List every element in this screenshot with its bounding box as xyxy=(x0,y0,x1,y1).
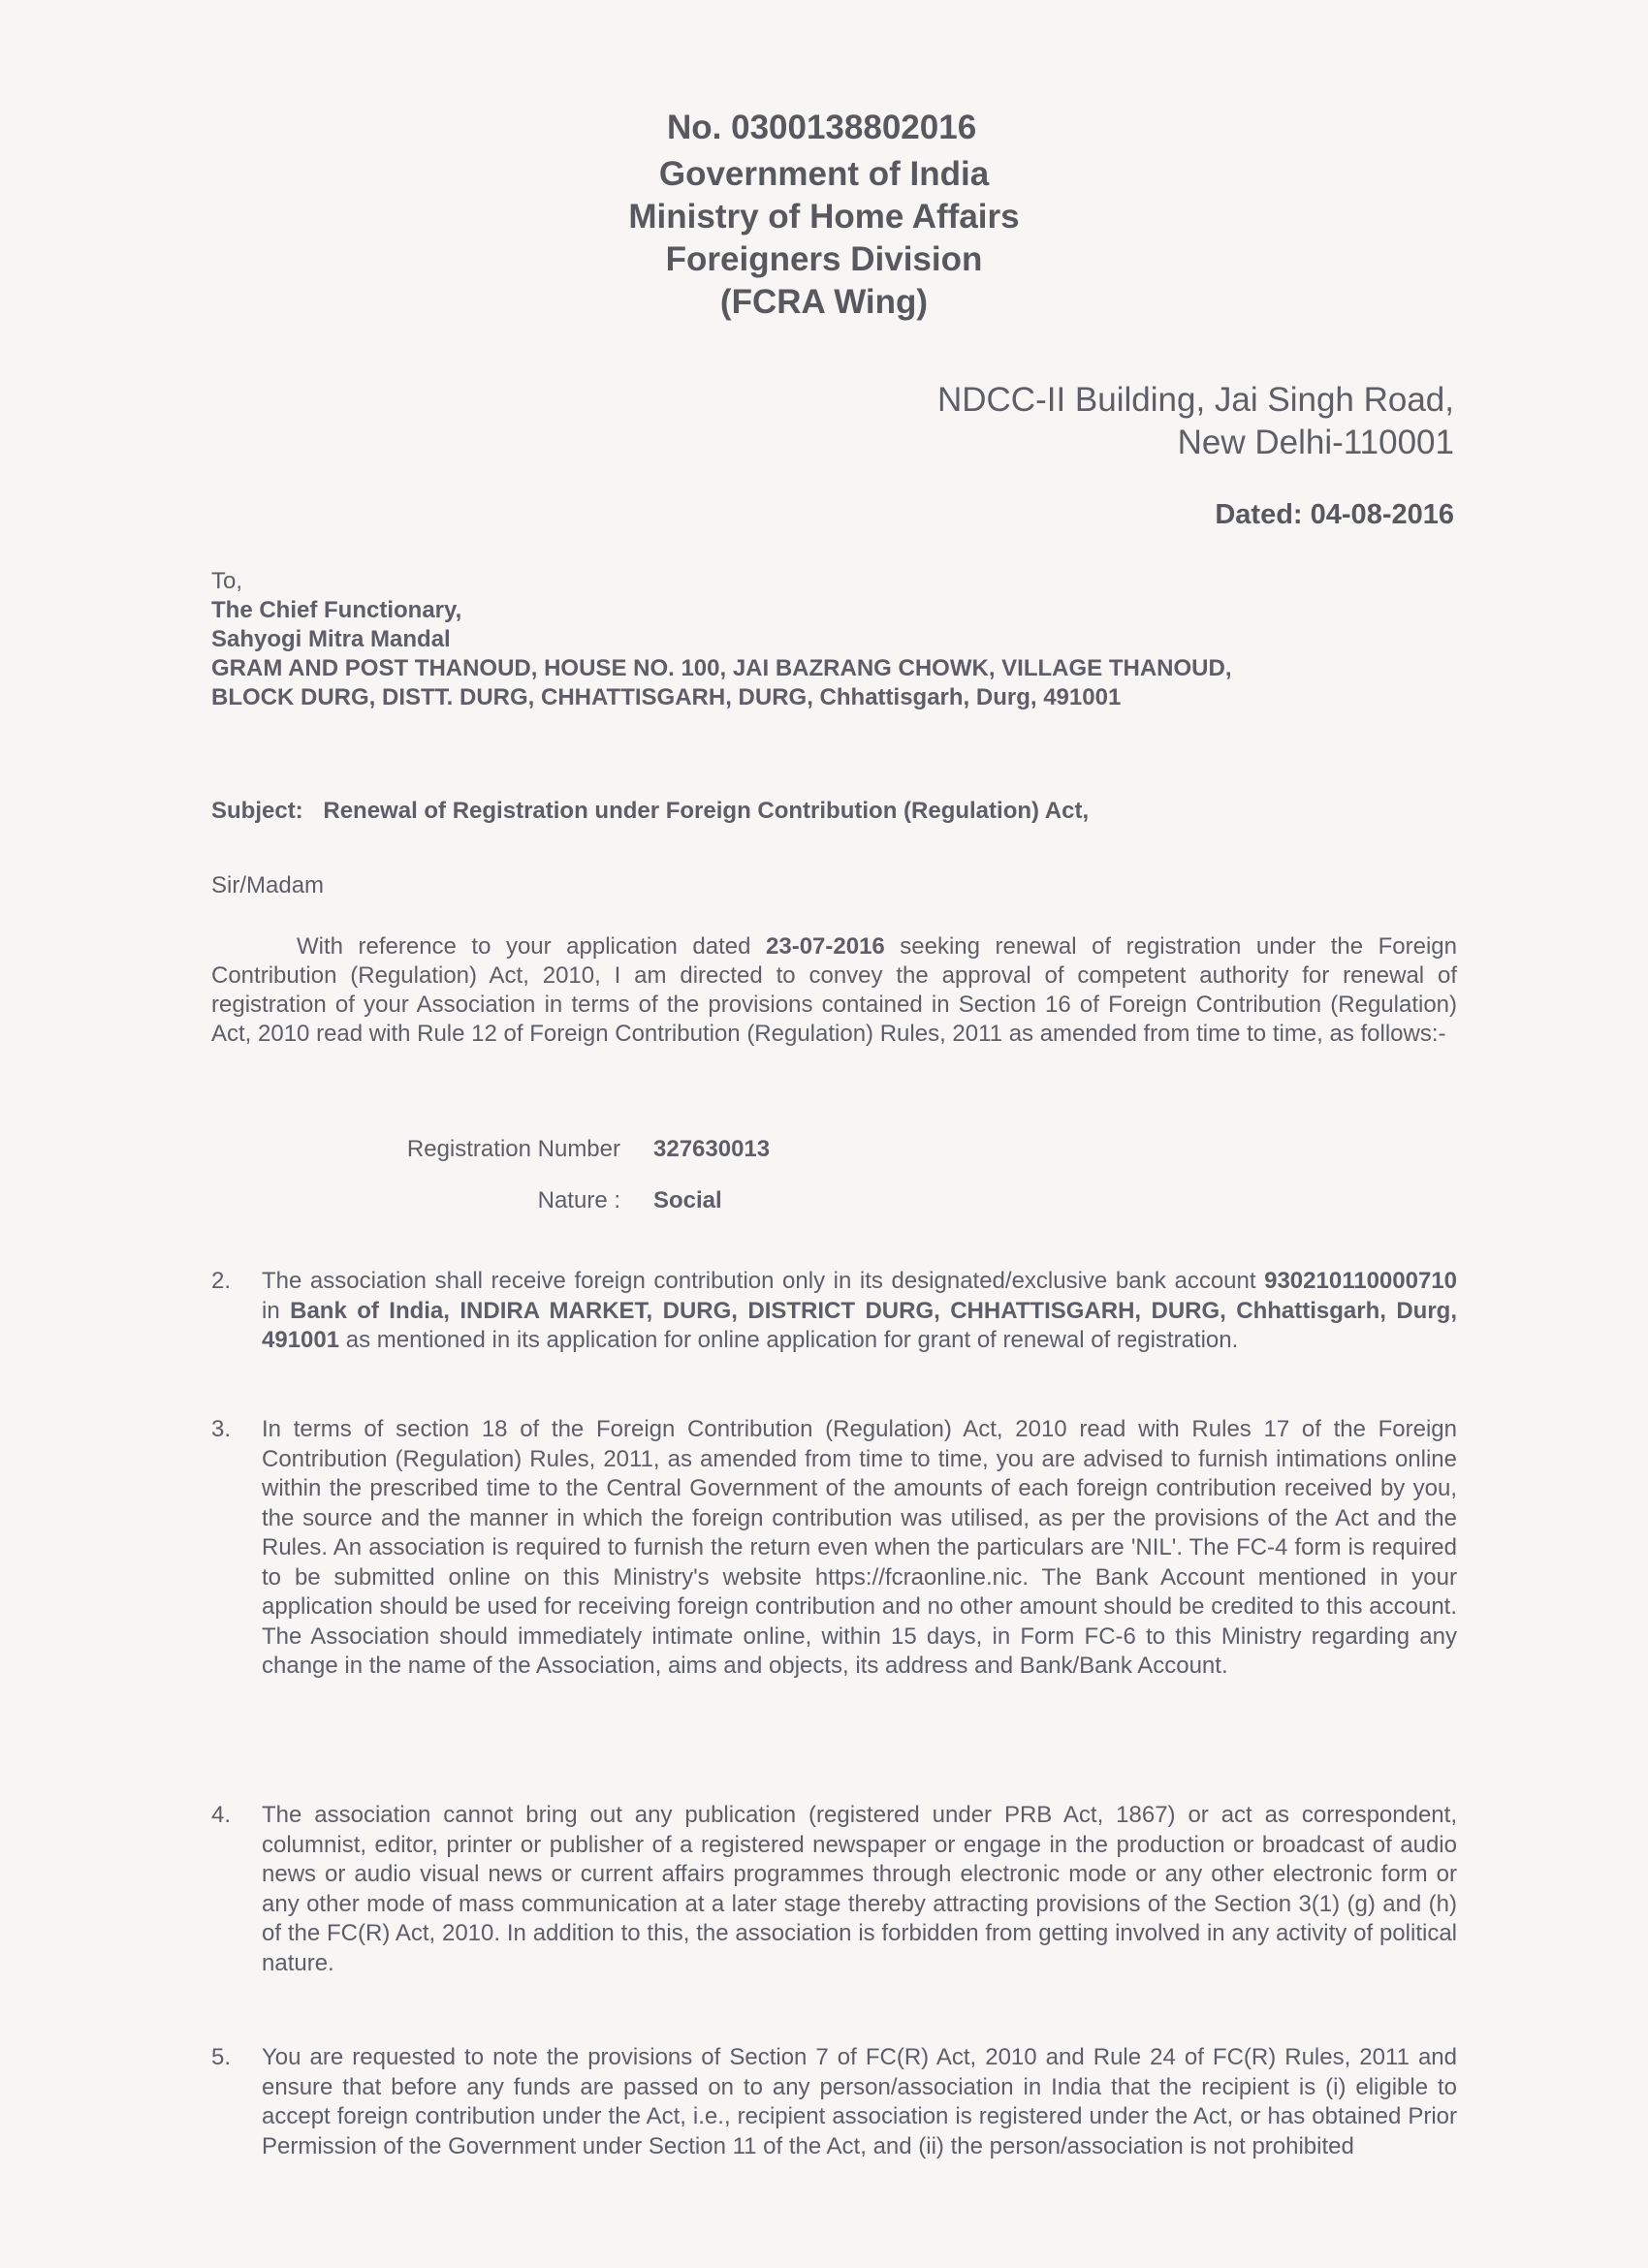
registration-number-value: 327630013 xyxy=(653,1136,770,1163)
subject-label: Subject: xyxy=(211,798,303,824)
header-government: Government of India xyxy=(0,155,1648,194)
nature-label: Nature : xyxy=(538,1187,620,1214)
letter-date: Dated: 04-08-2016 xyxy=(1215,499,1454,531)
salutation: Sir/Madam xyxy=(211,872,324,899)
header-wing: (FCRA Wing) xyxy=(0,283,1648,322)
registration-number-label: Registration Number xyxy=(407,1136,620,1163)
to-label: To, xyxy=(211,567,1231,596)
letter-page: No. 0300138802016 Government of India Mi… xyxy=(0,0,1648,2268)
subject-line: Subject: Renewal of Registration under F… xyxy=(211,798,1089,825)
recipient-title: The Chief Functionary, xyxy=(211,596,1231,625)
recipient-block: To, The Chief Functionary, Sahyogi Mitra… xyxy=(211,567,1231,712)
list-item: 2. The association shall receive foreign… xyxy=(211,1267,1457,1356)
intro-paragraph: With reference to your application dated… xyxy=(211,932,1457,1049)
header-ministry: Ministry of Home Affairs xyxy=(0,198,1648,236)
header-division: Foreigners Division xyxy=(0,240,1648,279)
office-address-line2: New Delhi-110001 xyxy=(1178,424,1454,462)
file-number: No. 0300138802016 xyxy=(667,109,976,147)
subject-text: Renewal of Registration under Foreign Co… xyxy=(323,798,1089,824)
list-item: 4. The association cannot bring out any … xyxy=(211,1801,1457,1978)
list-item: 3. In terms of section 18 of the Foreign… xyxy=(211,1415,1457,1682)
office-address-line1: NDCC-II Building, Jai Singh Road, xyxy=(937,381,1454,420)
recipient-address-line2: BLOCK DURG, DISTT. DURG, CHHATTISGARH, D… xyxy=(211,683,1231,712)
recipient-org: Sahyogi Mitra Mandal xyxy=(211,625,1231,654)
nature-value: Social xyxy=(653,1187,722,1214)
bank-account-number: 93021011000071​0 xyxy=(1264,1268,1457,1294)
list-item: 5. You are requested to note the provisi… xyxy=(211,2043,1457,2161)
application-date: 23-07-2016 xyxy=(766,933,885,960)
recipient-address-line1: GRAM AND POST THANOUD, HOUSE NO. 100, JA… xyxy=(211,654,1231,683)
